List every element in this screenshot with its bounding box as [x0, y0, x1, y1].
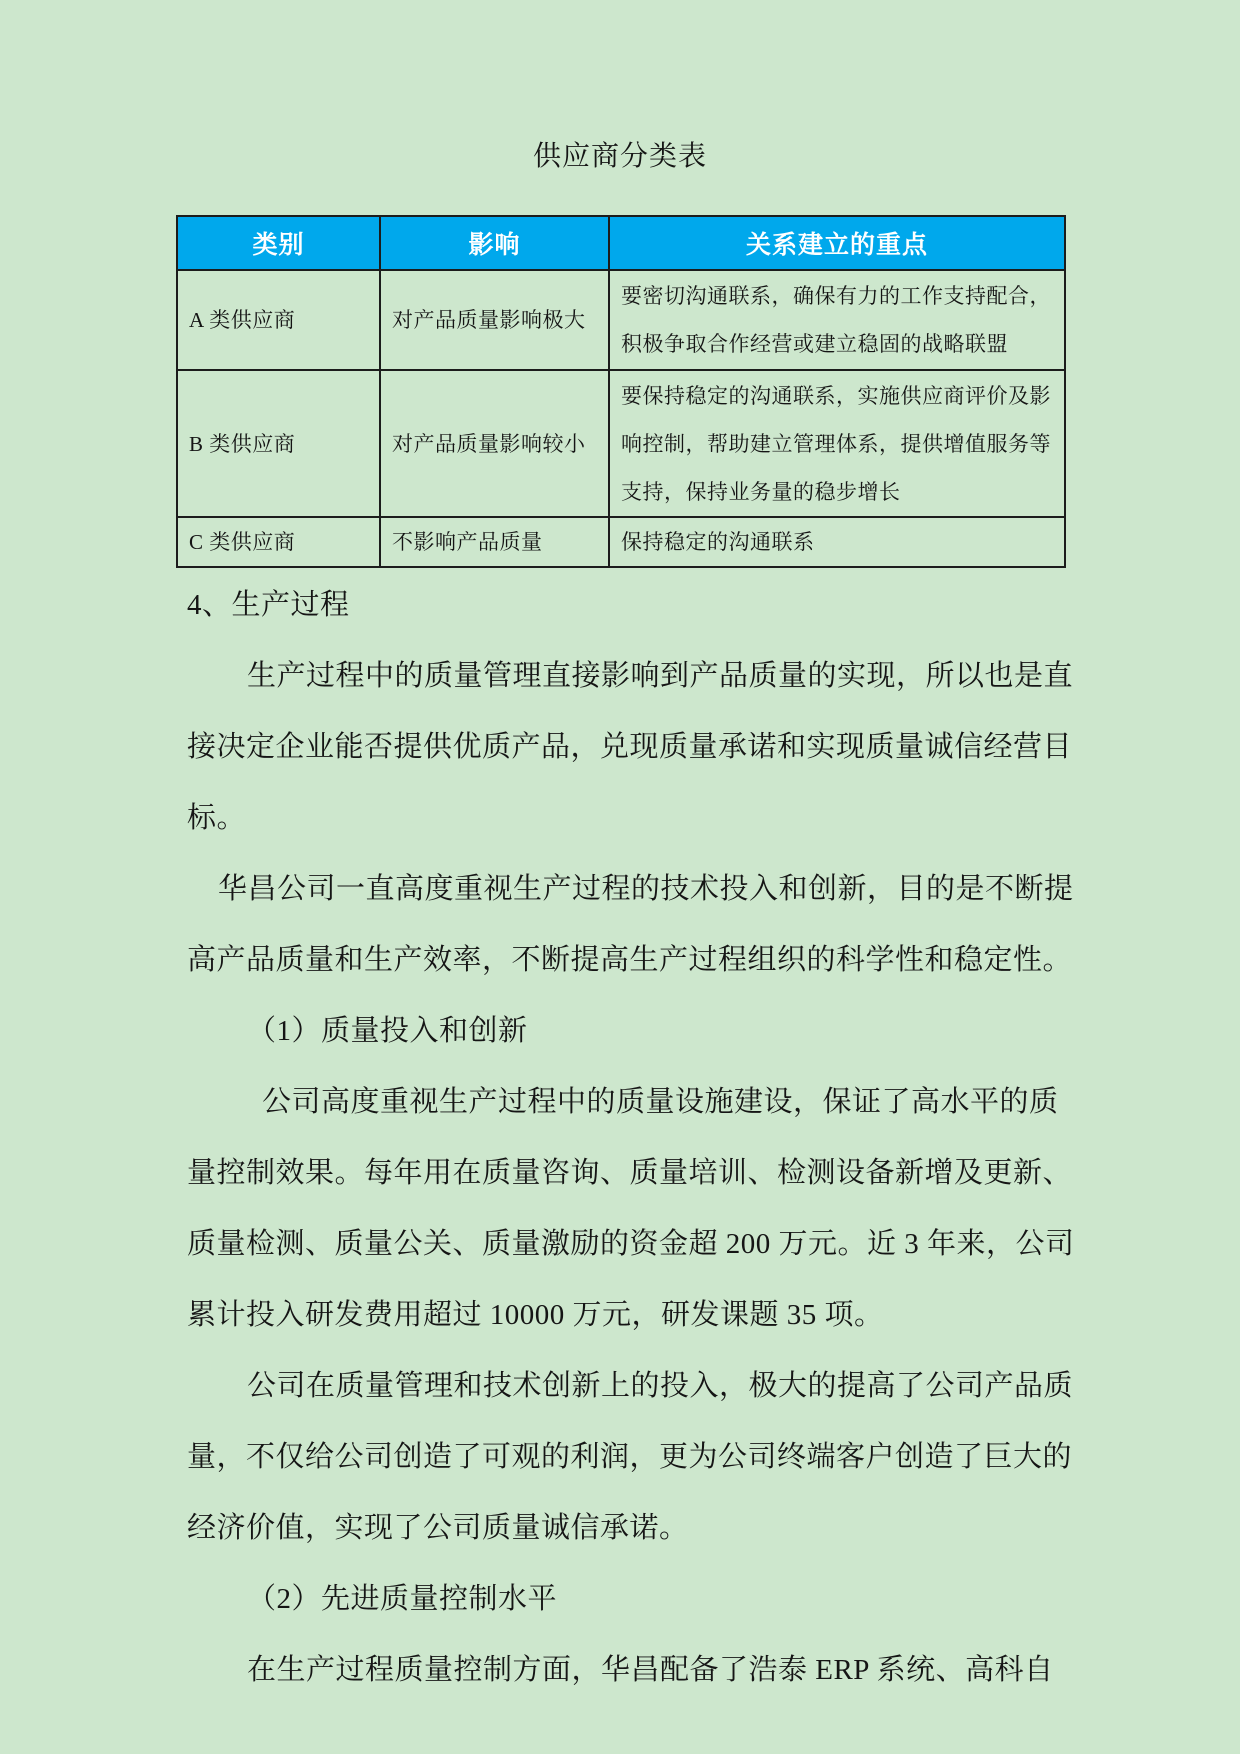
paragraph-line: 经济价值，实现了公司质量诚信承诺。: [187, 1493, 1064, 1564]
paragraph-line: 公司在质量管理和技术创新上的投入，极大的提高了公司产品质: [187, 1351, 1064, 1422]
focus-line: 保持稳定的沟通联系: [621, 518, 1053, 566]
column-header-focus: 关系建立的重点: [609, 216, 1065, 270]
section-heading: 4、生产过程: [187, 570, 1064, 641]
category-cell: C 类供应商: [177, 517, 380, 567]
paragraph-line: 华昌公司一直高度重视生产过程的技术投入和创新，目的是不断提: [187, 854, 1064, 925]
supplier-classification-table: 类别 影响 关系建立的重点 A 类供应商 对产品质量影响极大 要密切沟通联系，确…: [176, 215, 1066, 568]
paragraph-line: 高产品质量和生产效率，不断提高生产过程组织的科学性和稳定性。: [187, 925, 1064, 996]
focus-cell: 要保持稳定的沟通联系，实施供应商评价及影 响控制，帮助建立管理体系，提供增值服务…: [609, 370, 1065, 517]
paragraph-line: 生产过程中的质量管理直接影响到产品质量的实现，所以也是直: [187, 641, 1064, 712]
focus-line: 要密切沟通联系，确保有力的工作支持配合，: [621, 272, 1053, 320]
focus-cell: 要密切沟通联系，确保有力的工作支持配合， 积极争取合作经营或建立稳固的战略联盟: [609, 270, 1065, 370]
table-row-supplier-a: A 类供应商 对产品质量影响极大 要密切沟通联系，确保有力的工作支持配合， 积极…: [177, 270, 1065, 370]
focus-line: 支持，保持业务量的稳步增长: [621, 468, 1053, 516]
paragraph-line: 质量检测、质量公关、质量激励的资金超 200 万元。近 3 年来，公司: [187, 1209, 1064, 1280]
impact-cell: 不影响产品质量: [380, 517, 609, 567]
paragraph-line: 累计投入研发费用超过 10000 万元，研发课题 35 项。: [187, 1280, 1064, 1351]
table-header-row: 类别 影响 关系建立的重点: [177, 216, 1065, 270]
impact-cell: 对产品质量影响极大: [380, 270, 609, 370]
focus-line: 积极争取合作经营或建立稳固的战略联盟: [621, 320, 1053, 368]
paragraph-line: 接决定企业能否提供优质产品，兑现质量承诺和实现质量诚信经营目: [187, 712, 1064, 783]
focus-cell: 保持稳定的沟通联系: [609, 517, 1065, 567]
paragraph-line: 量，不仅给公司创造了可观的利润，更为公司终端客户创造了巨大的: [187, 1422, 1064, 1493]
focus-line: 要保持稳定的沟通联系，实施供应商评价及影: [621, 372, 1053, 420]
paragraph-line: 在生产过程质量控制方面，华昌配备了浩泰 ERP 系统、高科自: [187, 1635, 1064, 1706]
impact-cell: 对产品质量影响较小: [380, 370, 609, 517]
column-header-impact: 影响: [380, 216, 609, 270]
document-page: 供应商分类表 类别 影响 关系建立的重点 A 类供应商 对产品质量影响极大 要密…: [0, 0, 1240, 1754]
page-content: 供应商分类表 类别 影响 关系建立的重点 A 类供应商 对产品质量影响极大 要密…: [0, 0, 1240, 1706]
subsection-heading-2: （2）先进质量控制水平: [187, 1564, 1064, 1635]
document-body: 4、生产过程 生产过程中的质量管理直接影响到产品质量的实现，所以也是直 接决定企…: [187, 570, 1064, 1706]
column-header-category: 类别: [177, 216, 380, 270]
focus-line: 响控制，帮助建立管理体系，提供增值服务等: [621, 420, 1053, 468]
table-row-supplier-c: C 类供应商 不影响产品质量 保持稳定的沟通联系: [177, 517, 1065, 567]
subsection-heading-1: （1）质量投入和创新: [187, 996, 1064, 1067]
table-title: 供应商分类表: [176, 0, 1064, 174]
category-cell: B 类供应商: [177, 370, 380, 517]
table-row-supplier-b: B 类供应商 对产品质量影响较小 要保持稳定的沟通联系，实施供应商评价及影 响控…: [177, 370, 1065, 517]
paragraph-line: 量控制效果。每年用在质量咨询、质量培训、检测设备新增及更新、: [187, 1138, 1064, 1209]
paragraph-line: 公司高度重视生产过程中的质量设施建设，保证了高水平的质: [187, 1067, 1064, 1138]
paragraph-line: 标。: [187, 783, 1064, 854]
category-cell: A 类供应商: [177, 270, 380, 370]
